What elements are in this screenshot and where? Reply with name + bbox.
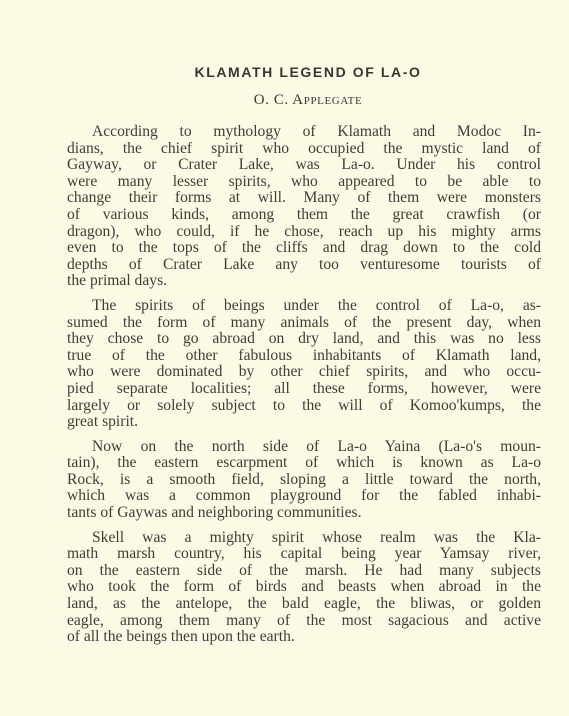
text-line: even to the tops of the cliffs and drag … [67,240,541,257]
text-line: The spirits of beings under the control … [67,298,541,315]
document-body: According to mythology of Klamath and Mo… [67,124,541,646]
paragraph-4: Skell was a mighty spirit whose realm wa… [67,530,541,646]
text-line: the primal days. [67,273,541,290]
text-line: Gayway, or Crater Lake, was La-o. Under … [67,157,541,174]
text-line: Rock, is a smooth field, sloping a littl… [67,472,541,489]
text-line: dragon), who could, if he chose, reach u… [67,224,541,241]
text-line: on the eastern side of the marsh. He had… [67,563,541,580]
text-line: math marsh country, his capital being ye… [67,546,541,563]
text-line: tain), the eastern escarpment of which i… [67,455,541,472]
text-line: who took the form of birds and beasts wh… [67,579,541,596]
text-line: great spirit. [67,414,541,431]
text-line: were many lesser spirits, who appeared t… [67,174,541,191]
text-line: they chose to go abroad on dry land, and… [67,331,541,348]
text-line: pied separate localities; all these form… [67,381,541,398]
text-line: of various kinds, among them the great c… [67,207,541,224]
text-line: land, as the antelope, the bald eagle, t… [67,596,541,613]
text-line: change their forms at will. Many of them… [67,190,541,207]
paragraph-3: Now on the north side of La-o Yaina (La-… [67,439,541,522]
text-line: who were dominated by other chief spirit… [67,364,541,381]
paragraph-1: According to mythology of Klamath and Mo… [67,124,541,290]
paragraph-2: The spirits of beings under the control … [67,298,541,431]
text-line: Now on the north side of La-o Yaina (La-… [67,439,541,456]
text-line: sumed the form of many animals of the pr… [67,315,541,332]
document-title: KLAMATH LEGEND OF LA-O [67,62,541,82]
text-line: which was a common playground for the fa… [67,488,541,505]
text-line: According to mythology of Klamath and Mo… [67,124,541,141]
author-byline: O. C. Applegate [67,90,541,110]
text-line: depths of Crater Lake any too venturesom… [67,257,541,274]
text-line: largely or solely subject to the will of… [67,398,541,415]
text-line: dians, the chief spirit who occupied the… [67,141,541,158]
text-line: true of the other fabulous inhabitants o… [67,348,541,365]
text-line: of all the beings then upon the earth. [67,629,541,646]
text-line: tants of Gaywas and neighboring communit… [67,505,541,522]
document-page: KLAMATH LEGEND OF LA-O O. C. Applegate A… [67,62,541,654]
text-line: eagle, among them many of the most sagac… [67,613,541,630]
text-line: Skell was a mighty spirit whose realm wa… [67,530,541,547]
